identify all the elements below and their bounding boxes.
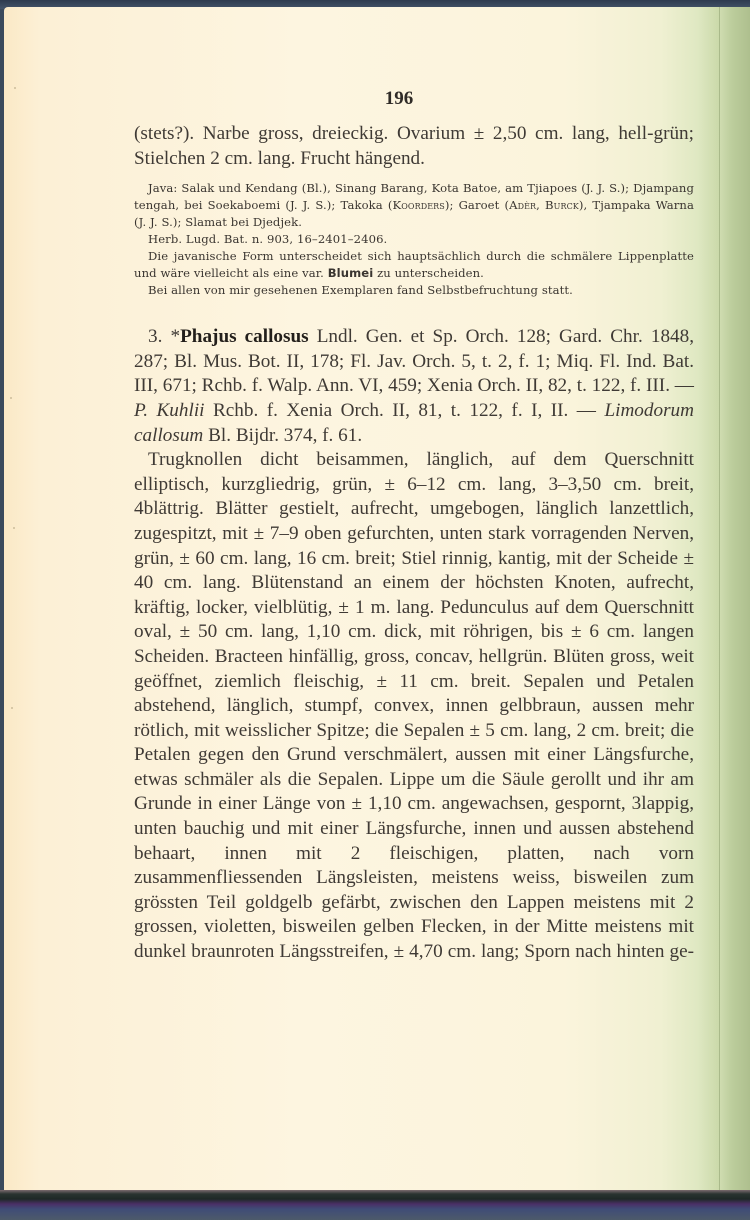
variety-name: Blumei [328,266,374,280]
localities-paragraph: Java: Salak und Kendang (Bl.), Sinang Ba… [134,180,694,231]
page-text-block: 196 (stets?). Narbe gross, dreieckig. Ov… [134,88,694,965]
note-paragraph: Die javanische Form unterscheidet sich h… [134,248,694,282]
paper-speck [13,527,15,529]
collector-name: Adèr, Burck [509,198,579,212]
paper-speck [14,87,16,89]
species-name: Phajus callosus [180,326,309,347]
localities-text: ); Garoet ( [445,198,509,212]
paper-speck [10,397,12,399]
species-description: Trugknollen dicht beisammen, länglich, a… [134,448,694,964]
citation-text: Rchb. f. Xenia Orch. II, 81, t. 122, f. … [205,400,605,421]
note-text: zu unterscheiden. [373,266,484,280]
page-gutter-shadow [719,7,750,1192]
collector-name: Koorders [393,198,445,212]
citation-text: Bl. Bijdr. 374, f. 61. [203,425,362,446]
page-number: 196 [104,88,694,110]
continuation-paragraph: (stets?). Narbe gross, dreieckig. Ovariu… [134,122,694,171]
species-number: 3. * [148,326,180,347]
synonym-name: P. Kuhlii [134,400,205,421]
species-heading: 3. *Phajus callosus Lndl. Gen. et Sp. Or… [134,325,694,448]
spacer [134,171,694,180]
note-paragraph: Bei allen von mir gesehenen Exemplaren f… [134,282,694,299]
herbarium-reference: Herb. Lugd. Bat. n. 903, 16–2401–2406. [134,231,694,248]
paper-speck [11,707,13,709]
spacer [134,299,694,325]
book-bottom-edge [0,1190,750,1220]
